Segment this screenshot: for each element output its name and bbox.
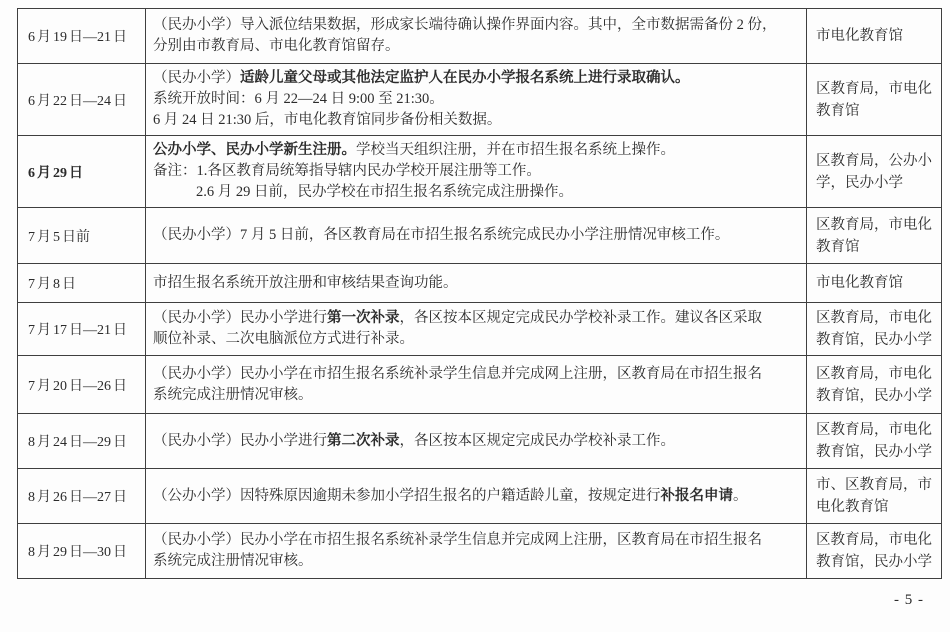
content-segment: （民办小学）民办小学在市招生报名系统补录学生信息并完成网上注册，区教育局在市招生… xyxy=(153,366,762,382)
table-row: 8 月 26 日—27 日（公办小学）因特殊原因逾期未参加小学招生报名的户籍适龄… xyxy=(18,469,942,524)
content-segment: （民办小学）民办小学进行 xyxy=(153,310,327,326)
content-line: 顺位补录、二次电脑派位方式进行补录。 xyxy=(153,329,800,350)
content-line: （民办小学）适龄儿童父母或其他法定监护人在民办小学报名系统上进行录取确认。 xyxy=(153,68,800,89)
table-row: 6 月 22 日—24 日（民办小学）适龄儿童父母或其他法定监护人在民办小学报名… xyxy=(18,64,942,136)
org-cell: 区教育局，市电化教育馆，民办小学 xyxy=(807,303,942,356)
content-cell: （民办小学）7 月 5 日前，各区教育局在市招生报名系统完成民办小学注册情况审核… xyxy=(146,208,807,264)
content-segment-bold: 补报名申请 xyxy=(661,488,734,504)
table-row: 6 月 19 日—21 日（民办小学）导入派位结果数据，形成家长端待确认操作界面… xyxy=(18,9,942,64)
content-cell: （民办小学）民办小学进行第一次补录，各区按本区规定完成民办学校补录工作。建议各区… xyxy=(146,303,807,356)
content-segment: 6 月 24 日 21:30 后，市电化教育馆同步备份相关数据。 xyxy=(153,112,501,128)
content-segment: 学校当天组织注册，并在市招生报名系统上操作。 xyxy=(356,142,675,158)
content-segment-bold: 公办小学、民办小学新生注册。 xyxy=(153,142,356,158)
date-cell: 6 月 19 日—21 日 xyxy=(18,9,146,64)
content-segment: 市招生报名系统开放注册和审核结果查询功能。 xyxy=(153,275,458,291)
org-cell: 市、区教育局，市电化教育馆 xyxy=(807,469,942,524)
content-line: 公办小学、民办小学新生注册。学校当天组织注册，并在市招生报名系统上操作。 xyxy=(153,140,800,161)
content-segment: ，各区按本区规定完成民办学校补录工作。 xyxy=(400,433,676,449)
content-segment: 2.6 月 29 日前，民办学校在市招生报名系统完成注册操作。 xyxy=(196,184,573,200)
content-segment-bold: 第一次补录 xyxy=(327,310,400,326)
org-cell: 区教育局，市电化教育馆，民办小学 xyxy=(807,356,942,414)
content-cell: （民办小学）民办小学在市招生报名系统补录学生信息并完成网上注册，区教育局在市招生… xyxy=(146,524,807,579)
content-line: 系统开放时间：6 月 22—24 日 9:00 至 21:30。 xyxy=(153,89,800,110)
table-row: 7 月 8 日市招生报名系统开放注册和审核结果查询功能。市电化教育馆 xyxy=(18,264,942,303)
content-segment: 系统完成注册情况审核。 xyxy=(153,553,313,569)
content-segment: ，各区按本区规定完成民办学校补录工作。建议各区采取 xyxy=(400,310,763,326)
content-segment: （民办小学）民办小学进行 xyxy=(153,433,327,449)
page-number: - 5 - xyxy=(894,592,924,609)
date-cell: 7 月 17 日—21 日 xyxy=(18,303,146,356)
content-line: （民办小学）民办小学在市招生报名系统补录学生信息并完成网上注册，区教育局在市招生… xyxy=(153,530,800,551)
content-line: （民办小学）民办小学进行第二次补录，各区按本区规定完成民办学校补录工作。 xyxy=(153,431,800,452)
table-row: 7 月 17 日—21 日（民办小学）民办小学进行第一次补录，各区按本区规定完成… xyxy=(18,303,942,356)
date-cell: 8 月 26 日—27 日 xyxy=(18,469,146,524)
content-cell: （民办小学）适龄儿童父母或其他法定监护人在民办小学报名系统上进行录取确认。系统开… xyxy=(146,64,807,136)
content-segment: 。 xyxy=(733,488,748,504)
content-line: （民办小学）7 月 5 日前，各区教育局在市招生报名系统完成民办小学注册情况审核… xyxy=(153,225,800,246)
content-segment: （民办小学） xyxy=(153,70,240,86)
content-line: 6 月 24 日 21:30 后，市电化教育馆同步备份相关数据。 xyxy=(153,110,800,131)
table-row: 7 月 5 日前（民办小学）7 月 5 日前，各区教育局在市招生报名系统完成民办… xyxy=(18,208,942,264)
date-cell: 7 月 20 日—26 日 xyxy=(18,356,146,414)
content-line: （民办小学）民办小学进行第一次补录，各区按本区规定完成民办学校补录工作。建议各区… xyxy=(153,308,800,329)
content-line: 市招生报名系统开放注册和审核结果查询功能。 xyxy=(153,273,800,294)
org-cell: 区教育局，市电化教育馆 xyxy=(807,208,942,264)
table-row: 6 月 29 日公办小学、民办小学新生注册。学校当天组织注册，并在市招生报名系统… xyxy=(18,136,942,208)
content-segment: （民办小学）导入派位结果数据，形成家长端待确认操作界面内容。其中，全市数据需备份… xyxy=(153,17,777,33)
table-row: 8 月 24 日—29 日（民办小学）民办小学进行第二次补录，各区按本区规定完成… xyxy=(18,414,942,469)
org-cell: 区教育局，公办小学，民办小学 xyxy=(807,136,942,208)
schedule-table: 6 月 19 日—21 日（民办小学）导入派位结果数据，形成家长端待确认操作界面… xyxy=(17,8,942,579)
content-segment: 系统开放时间：6 月 22—24 日 9:00 至 21:30。 xyxy=(153,91,444,107)
content-segment-bold: 适龄儿童父母或其他法定监护人在民办小学报名系统上进行录取确认。 xyxy=(240,70,690,86)
content-line: 分别由市教育局、市电化教育馆留存。 xyxy=(153,36,800,57)
org-cell: 区教育局，市电化教育馆 xyxy=(807,64,942,136)
table-row: 8 月 29 日—30 日（民办小学）民办小学在市招生报名系统补录学生信息并完成… xyxy=(18,524,942,579)
content-line: （民办小学）民办小学在市招生报名系统补录学生信息并完成网上注册，区教育局在市招生… xyxy=(153,364,800,385)
content-line: 系统完成注册情况审核。 xyxy=(153,385,800,406)
content-cell: 市招生报名系统开放注册和审核结果查询功能。 xyxy=(146,264,807,303)
date-cell: 6 月 22 日—24 日 xyxy=(18,64,146,136)
org-cell: 市电化教育馆 xyxy=(807,264,942,303)
content-cell: （公办小学）因特殊原因逾期未参加小学招生报名的户籍适龄儿童，按规定进行补报名申请… xyxy=(146,469,807,524)
content-segment: （民办小学）7 月 5 日前，各区教育局在市招生报名系统完成民办小学注册情况审核… xyxy=(153,227,729,243)
content-cell: （民办小学）民办小学在市招生报名系统补录学生信息并完成网上注册，区教育局在市招生… xyxy=(146,356,807,414)
content-line: 2.6 月 29 日前，民办学校在市招生报名系统完成注册操作。 xyxy=(153,182,800,203)
content-cell: （民办小学）导入派位结果数据，形成家长端待确认操作界面内容。其中，全市数据需备份… xyxy=(146,9,807,64)
content-cell: （民办小学）民办小学进行第二次补录，各区按本区规定完成民办学校补录工作。 xyxy=(146,414,807,469)
content-segment: 分别由市教育局、市电化教育馆留存。 xyxy=(153,38,400,54)
date-cell: 6 月 29 日 xyxy=(18,136,146,208)
content-line: 系统完成注册情况审核。 xyxy=(153,551,800,572)
date-cell: 8 月 24 日—29 日 xyxy=(18,414,146,469)
content-segment: 系统完成注册情况审核。 xyxy=(153,387,313,403)
content-segment-bold: 第二次补录 xyxy=(327,433,400,449)
content-segment: 备注：1.各区教育局统筹指导辖内民办学校开展注册等工作。 xyxy=(153,163,541,179)
document-page: 6 月 19 日—21 日（民办小学）导入派位结果数据，形成家长端待确认操作界面… xyxy=(0,0,950,632)
date-cell: 8 月 29 日—30 日 xyxy=(18,524,146,579)
org-cell: 区教育局，市电化教育馆，民办小学 xyxy=(807,524,942,579)
content-line: 备注：1.各区教育局统筹指导辖内民办学校开展注册等工作。 xyxy=(153,161,800,182)
content-segment: 顺位补录、二次电脑派位方式进行补录。 xyxy=(153,331,414,347)
org-cell: 市电化教育馆 xyxy=(807,9,942,64)
date-cell: 7 月 5 日前 xyxy=(18,208,146,264)
content-cell: 公办小学、民办小学新生注册。学校当天组织注册，并在市招生报名系统上操作。备注：1… xyxy=(146,136,807,208)
content-line: （民办小学）导入派位结果数据，形成家长端待确认操作界面内容。其中，全市数据需备份… xyxy=(153,15,800,36)
table-row: 7 月 20 日—26 日（民办小学）民办小学在市招生报名系统补录学生信息并完成… xyxy=(18,356,942,414)
content-segment: （民办小学）民办小学在市招生报名系统补录学生信息并完成网上注册，区教育局在市招生… xyxy=(153,532,762,548)
content-line: （公办小学）因特殊原因逾期未参加小学招生报名的户籍适龄儿童，按规定进行补报名申请… xyxy=(153,486,800,507)
date-cell: 7 月 8 日 xyxy=(18,264,146,303)
schedule-table-body: 6 月 19 日—21 日（民办小学）导入派位结果数据，形成家长端待确认操作界面… xyxy=(18,9,942,579)
org-cell: 区教育局，市电化教育馆，民办小学 xyxy=(807,414,942,469)
content-segment: （公办小学）因特殊原因逾期未参加小学招生报名的户籍适龄儿童，按规定进行 xyxy=(153,488,661,504)
